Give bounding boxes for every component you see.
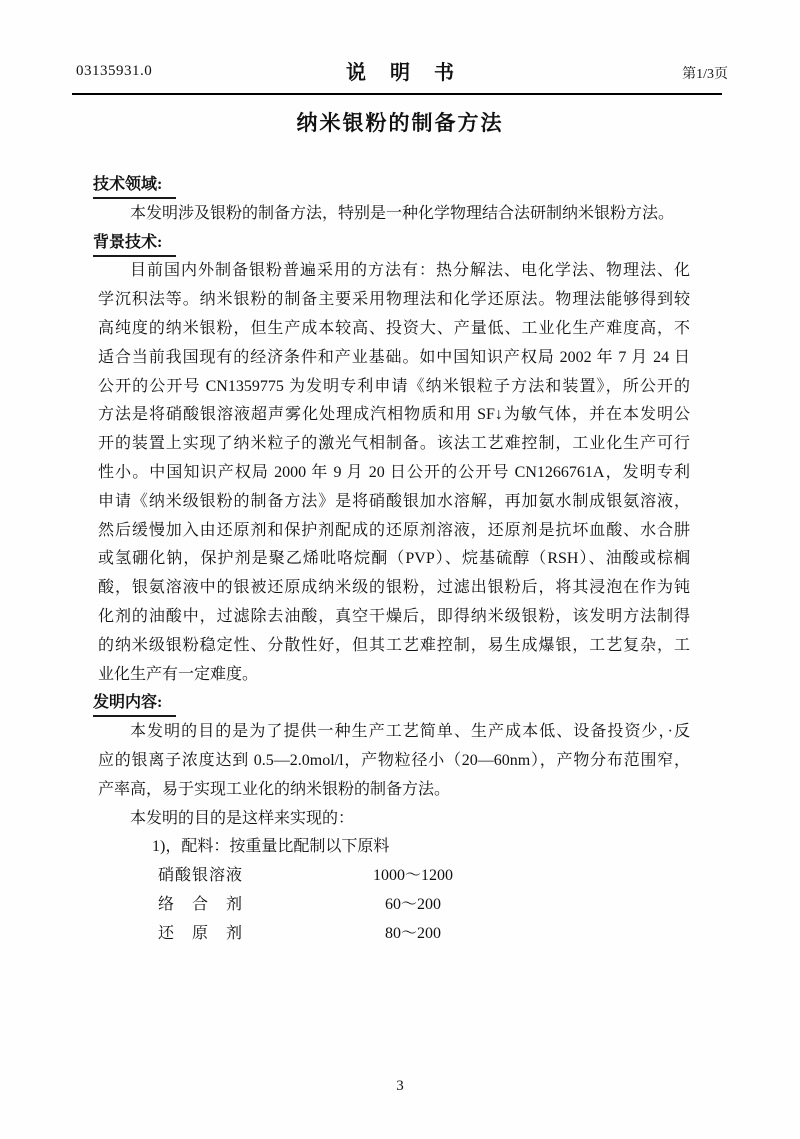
document-type-title: 说明书 [72,56,728,85]
text-line: 方法是将硝酸银溶液超声雾化处理成汽相物质和用 SF↓为敏气体，并在本发明公 [98,401,690,430]
text-line: 业化生产有一定难度。 [98,661,690,690]
text-line: 本发明的目的是这样来实现的： [98,805,690,834]
technical-field-paragraph: 本发明涉及银粉的制备方法，特别是一种化学物理结合法研制纳米银粉方法。 [98,200,690,229]
ingredient-name: 还 原 剂 [158,920,290,949]
text-line: 酸，银氨溶液中的银被还原成纳米级的银粉，过滤出银粉后，将其浸泡在作为钝 [98,574,690,603]
footer-page-number: 3 [0,1078,800,1095]
ingredients-table: 硝酸银溶液1000～1200络 合 剂60～200还 原 剂80～200 [98,862,690,948]
text-line: 适合当前我国现有的经济条件和产业基础。如中国知识产权局 2002 年 7 月 2… [98,344,690,373]
text-line: 然后缓慢加入由还原剂和保护剂配成的还原剂溶液，还原剂是抗坏血酸、水合肼 [98,517,690,546]
ingredient-name: 络 合 剂 [158,891,290,920]
section-heading-technical-field: 技术领域: [93,171,690,200]
section-heading-label: 发明内容: [93,693,176,717]
text-line: 或氢硼化钠，保护剂是聚乙烯吡咯烷酮（PVP）、烷基硫醇（RSH）、油酸或棕榈 [98,545,690,574]
ingredient-name: 硝酸银溶液 [158,862,290,891]
background-paragraph: 目前国内外制备银粉普遍采用的方法有：热分解法、电化学法、物理法、化学沉积法等。纳… [98,257,690,689]
section-heading-background: 背景技术: [93,229,690,258]
ingredient-row: 络 合 剂60～200 [98,891,690,920]
text-line: 本发明的目的是为了提供一种生产工艺简单、生产成本低、设备投资少，·反 [98,718,690,747]
text-line: 目前国内外制备银粉普遍采用的方法有：热分解法、电化学法、物理法、化 [98,257,690,286]
ingredient-amount: 80～200 [328,920,498,949]
section-heading-label: 背景技术: [93,233,176,257]
page-header: 03135931.0 说明书 第1/3页 [72,56,728,86]
invention-paragraph: 本发明的目的是为了提供一种生产工艺简单、生产成本低、设备投资少，·反应的银离子浓… [98,718,690,833]
patent-title: 纳米银粉的制备方法 [0,107,800,137]
section-heading-label: 技术领域: [93,175,176,199]
text-line: 本发明涉及银粉的制备方法，特别是一种化学物理结合法研制纳米银粉方法。 [98,200,690,229]
document-body: 技术领域: 本发明涉及银粉的制备方法，特别是一种化学物理结合法研制纳米银粉方法。… [98,171,690,949]
text-line: 开的装置上实现了纳米粒子的激光气相制备。该法工艺难控制，工业化生产可行 [98,430,690,459]
patent-document-page: 03135931.0 说明书 第1/3页 纳米银粉的制备方法 技术领域: 本发明… [0,0,800,1139]
text-line: 性小。中国知识产权局 2000 年 9 月 20 日公开的公开号 CN12667… [98,459,690,488]
text-line: 申请《纳米级银粉的制备方法》是将硝酸银加水溶解，再加氨水制成银氨溶液， [98,488,690,517]
text-line: 产率高，易于实现工业化的纳米银粉的制备方法。 [98,776,690,805]
ingredient-row: 硝酸银溶液1000～1200 [98,862,690,891]
page-indicator: 第1/3页 [682,63,728,83]
header-divider-rule [72,93,722,95]
text-line: 应的银离子浓度达到 0.5—2.0mol/l，产物粒径小（20—60nm），产物… [98,747,690,776]
ingredient-amount: 1000～1200 [328,862,498,891]
text-line: 公开的公开号 CN1359775 为发明专利申请《纳米银粒子方法和装置》，所公开… [98,373,690,402]
step-1-line: 1)，配料：按重量比配制以下原料 [98,833,690,862]
ingredient-row: 还 原 剂80～200 [98,920,690,949]
text-line: 的纳米级银粉稳定性、分散性好，但其工艺难控制，易生成爆银，工艺复杂，工 [98,632,690,661]
text-line: 化剂的油酸中，过滤除去油酸，真空干燥后，即得纳米级银粉，该发明方法制得 [98,603,690,632]
text-line: 学沉积法等。纳米银粉的制备主要采用物理法和化学还原法。物理法能够得到较 [98,286,690,315]
text-line: 高纯度的纳米银粉，但生产成本较高、投资大、产量低、工业化生产难度高，不 [98,315,690,344]
section-heading-invention: 发明内容: [93,689,690,718]
ingredient-amount: 60～200 [328,891,498,920]
